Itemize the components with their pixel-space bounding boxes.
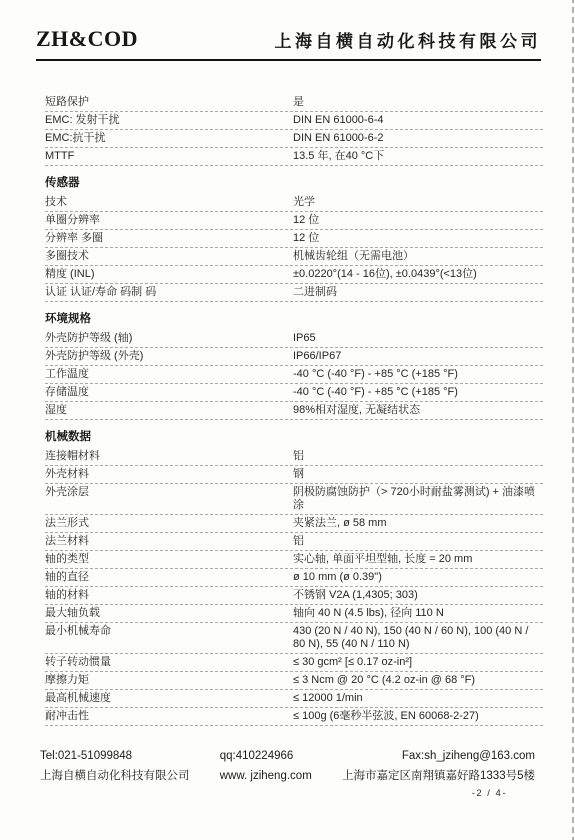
spec-value: -40 °C (-40 °F) - +85 °C (+185 °F): [293, 386, 543, 399]
footer-middle-column: qq:410224966 www. jziheng.com: [220, 746, 312, 786]
spec-value: DIN EN 61000-6-2: [293, 132, 543, 145]
spec-label: 耐冲击性: [45, 710, 293, 723]
table-row: 外壳材料钢: [45, 466, 543, 484]
spec-label: 最大轴负载: [45, 607, 293, 620]
page-footer: Tel:021-51099848 上海自横自动化科技有限公司 qq:410224…: [40, 746, 535, 786]
table-row: EMC:抗干扰DIN EN 61000-6-2: [45, 130, 543, 148]
spec-value: 实心轴, 单面平坦型轴, 长度 = 20 mm: [293, 553, 543, 566]
section-title: 机械数据: [45, 430, 543, 444]
footer-website: www. jziheng.com: [220, 766, 312, 786]
spec-label: 法兰形式: [45, 517, 293, 530]
spec-label: 工作温度: [45, 368, 293, 381]
spec-label: 摩擦力矩: [45, 674, 293, 687]
spec-value: 钢: [293, 468, 543, 481]
spec-value: 夹紧法兰, ø 58 mm: [293, 517, 543, 530]
table-row: 转子转动惯量≤ 30 gcm² [≤ 0.17 oz-in²]: [45, 654, 543, 672]
table-row: 耐冲击性≤ 100g (6毫秒半弦波, EN 60068-2-27): [45, 708, 543, 726]
spec-value: ≤ 100g (6毫秒半弦波, EN 60068-2-27): [293, 710, 543, 723]
spec-label: 轴的类型: [45, 553, 293, 566]
spec-value: 13.5 年, 在40 °C下: [293, 150, 543, 163]
spec-label: 存储温度: [45, 386, 293, 399]
table-row: 最大轴负载轴向 40 N (4.5 lbs), 径向 110 N: [45, 605, 543, 623]
spec-label: 外壳材料: [45, 468, 293, 481]
footer-qq: qq:410224966: [220, 746, 312, 766]
spec-label: 短路保护: [45, 96, 293, 109]
spec-label: 轴的材料: [45, 589, 293, 602]
spec-label: 轴的直径: [45, 571, 293, 584]
spec-label: 外壳防护等级 (外壳): [45, 350, 293, 363]
brand-logo-text: ZH&COD: [36, 26, 138, 52]
page-header: ZH&COD 上海自横自动化科技有限公司: [36, 26, 541, 61]
table-row: 工作温度-40 °C (-40 °F) - +85 °C (+185 °F): [45, 366, 543, 384]
spec-label: 多圈技术: [45, 250, 293, 263]
spec-label: 外壳涂层: [45, 486, 293, 499]
table-row: 法兰材料铝: [45, 533, 543, 551]
spec-value: 机械齿轮组（无需电池）: [293, 250, 543, 263]
table-row: EMC: 发射干扰DIN EN 61000-6-4: [45, 112, 543, 130]
spec-value: 二进制码: [293, 286, 543, 299]
table-row: 单圈分辨率12 位: [45, 212, 543, 230]
footer-company: 上海自横自动化科技有限公司: [40, 766, 190, 786]
spec-label: EMC:抗干扰: [45, 132, 293, 145]
footer-address: 上海市嘉定区南翔镇嘉好路1333号5楼: [342, 766, 535, 786]
table-row: 轴的材料不锈钢 V2A (1,4305; 303): [45, 587, 543, 605]
spec-value: DIN EN 61000-6-4: [293, 114, 543, 127]
spec-value: 12 位: [293, 232, 543, 245]
scan-edge-artifact: [572, 0, 574, 840]
spec-label: 分辨率 多圈: [45, 232, 293, 245]
table-row: 外壳防护等级 (轴)IP65: [45, 330, 543, 348]
spec-value: ø 10 mm (ø 0.39"): [293, 571, 543, 584]
table-row: 精度 (INL)±0.0220°(14 - 16位), ±0.0439°(<13…: [45, 266, 543, 284]
table-row: 外壳涂层阴极防腐蚀防护（> 720小时耐盐雾测试) + 油漆喷涂: [45, 484, 543, 515]
spec-label: 技术: [45, 196, 293, 209]
spec-value: 430 (20 N / 40 N), 150 (40 N / 60 N), 10…: [293, 625, 543, 651]
spec-value: IP66/IP67: [293, 350, 543, 363]
spec-value: ≤ 3 Ncm @ 20 °C (4.2 oz-in @ 68 °F): [293, 674, 543, 687]
spec-value: 铝: [293, 535, 543, 548]
page-number: -2 / 4-: [472, 788, 507, 799]
spec-value: 不锈钢 V2A (1,4305; 303): [293, 589, 543, 602]
table-row: 外壳防护等级 (外壳)IP66/IP67: [45, 348, 543, 366]
table-row: MTTF13.5 年, 在40 °C下: [45, 148, 543, 166]
footer-left-column: Tel:021-51099848 上海自横自动化科技有限公司: [40, 746, 190, 786]
table-row: 摩擦力矩≤ 3 Ncm @ 20 °C (4.2 oz-in @ 68 °F): [45, 672, 543, 690]
section-title: 传感器: [45, 176, 543, 190]
footer-tel: Tel:021-51099848: [40, 746, 190, 766]
spec-label: 转子转动惯量: [45, 656, 293, 669]
spec-value: 是: [293, 96, 543, 109]
section-title: 环境规格: [45, 312, 543, 326]
table-row: 连接帽材料铝: [45, 448, 543, 466]
spec-value: ≤ 30 gcm² [≤ 0.17 oz-in²]: [293, 656, 543, 669]
table-row: 轴的类型实心轴, 单面平坦型轴, 长度 = 20 mm: [45, 551, 543, 569]
spec-value: 光学: [293, 196, 543, 209]
spec-value: 铝: [293, 450, 543, 463]
table-row: 分辨率 多圈12 位: [45, 230, 543, 248]
spec-label: 湿度: [45, 404, 293, 417]
table-row: 最小机械寿命430 (20 N / 40 N), 150 (40 N / 60 …: [45, 623, 543, 654]
spec-label: 法兰材料: [45, 535, 293, 548]
spec-label: 认证 认证/寿命 码制 码: [45, 286, 293, 299]
table-row: 短路保护是: [45, 94, 543, 112]
spec-label: 单圈分辨率: [45, 214, 293, 227]
spec-value: 98%相对湿度, 无凝结状态: [293, 404, 543, 417]
table-row: 技术光学: [45, 194, 543, 212]
table-row: 湿度98%相对湿度, 无凝结状态: [45, 402, 543, 420]
spec-label: 最高机械速度: [45, 692, 293, 705]
spec-value: 轴向 40 N (4.5 lbs), 径向 110 N: [293, 607, 543, 620]
spec-value: ≤ 12000 1/min: [293, 692, 543, 705]
table-row: 存储温度-40 °C (-40 °F) - +85 °C (+185 °F): [45, 384, 543, 402]
table-row: 轴的直径ø 10 mm (ø 0.39"): [45, 569, 543, 587]
spec-label: MTTF: [45, 150, 293, 163]
datasheet-page: ZH&COD 上海自横自动化科技有限公司 短路保护是EMC: 发射干扰DIN E…: [0, 0, 575, 840]
spec-value: 阴极防腐蚀防护（> 720小时耐盐雾测试) + 油漆喷涂: [293, 486, 543, 512]
spec-value: -40 °C (-40 °F) - +85 °C (+185 °F): [293, 368, 543, 381]
spec-label: EMC: 发射干扰: [45, 114, 293, 127]
company-name: 上海自横自动化科技有限公司: [275, 27, 542, 52]
spec-value: IP65: [293, 332, 543, 345]
footer-fax: Fax:sh_jziheng@163.com: [342, 746, 535, 766]
spec-label: 最小机械寿命: [45, 625, 293, 638]
footer-right-column: Fax:sh_jziheng@163.com 上海市嘉定区南翔镇嘉好路1333号…: [342, 746, 535, 786]
spec-label: 精度 (INL): [45, 268, 293, 281]
table-row: 认证 认证/寿命 码制 码二进制码: [45, 284, 543, 302]
spec-label: 外壳防护等级 (轴): [45, 332, 293, 345]
table-row: 多圈技术机械齿轮组（无需电池）: [45, 248, 543, 266]
spec-value: 12 位: [293, 214, 543, 227]
table-row: 最高机械速度≤ 12000 1/min: [45, 690, 543, 708]
spec-label: 连接帽材料: [45, 450, 293, 463]
spec-table: 短路保护是EMC: 发射干扰DIN EN 61000-6-4EMC:抗干扰DIN…: [45, 94, 543, 726]
table-row: 法兰形式夹紧法兰, ø 58 mm: [45, 515, 543, 533]
spec-value: ±0.0220°(14 - 16位), ±0.0439°(<13位): [293, 268, 543, 281]
